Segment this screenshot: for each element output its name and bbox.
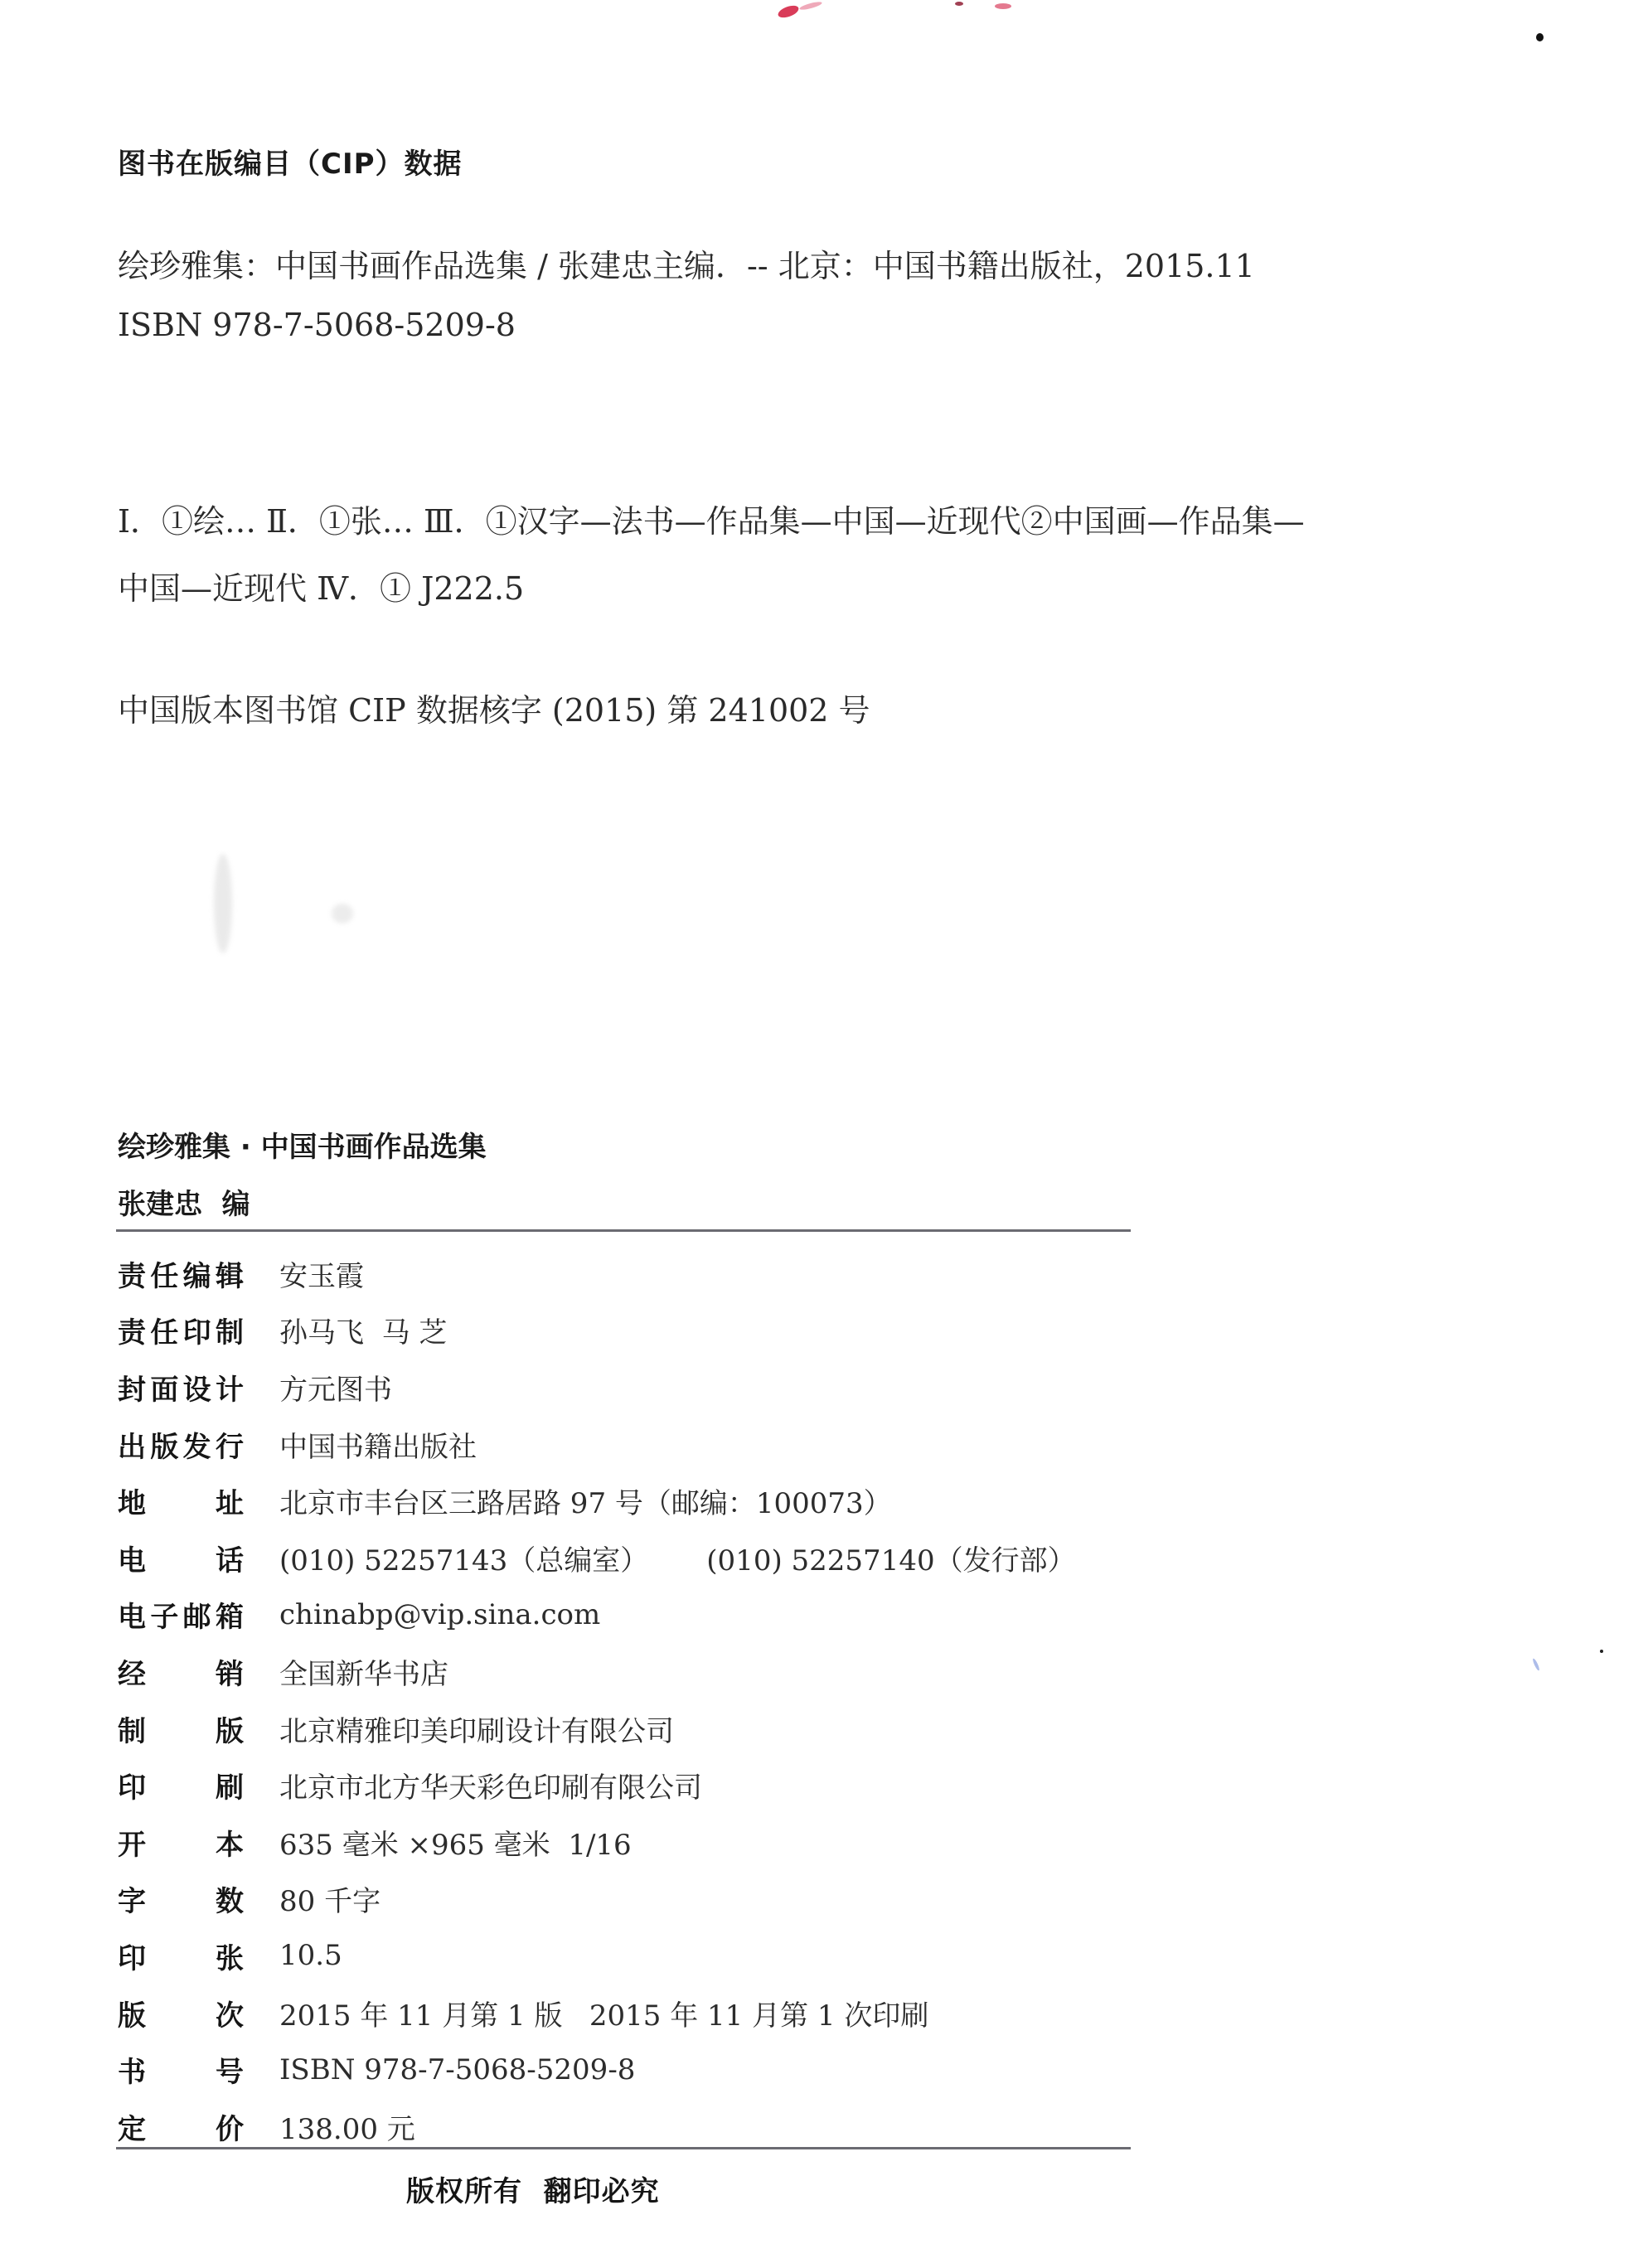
label-char: 发	[183, 1424, 211, 1465]
label-char: 书	[118, 2049, 146, 2090]
colophon-row-word-count: 字数 80 千字	[118, 1871, 1195, 1928]
row-label: 定价	[118, 2106, 244, 2147]
scan-smudge	[332, 904, 353, 923]
colophon-row-distributor: 经销 全国新华书店	[118, 1643, 1195, 1700]
label-char: 行	[216, 1424, 244, 1465]
cip-record-number: 中国版本图书馆 CIP 数据核字 (2015) 第 241002 号	[118, 685, 870, 730]
label-char: 印	[118, 1936, 146, 1976]
row-label: 版次	[118, 1993, 244, 2033]
label-char: 制	[216, 1310, 244, 1350]
red-ink-mark	[955, 2, 963, 6]
red-ink-mark	[777, 3, 801, 20]
row-value: 北京市丰台区三路居路 97 号（邮编：100073）	[279, 1480, 892, 1521]
ink-dot	[1536, 33, 1544, 41]
label-char: 号	[216, 2049, 244, 2090]
label-char: 任	[150, 1253, 178, 1294]
label-char: 址	[216, 1480, 244, 1521]
red-ink-mark	[799, 0, 823, 11]
row-label: 开本	[118, 1822, 244, 1863]
row-value: ISBN 978-7-5068-5209-8	[279, 2053, 635, 2086]
row-value: 2015 年 11 月第 1 版 2015 年 11 月第 1 次印刷	[279, 1993, 928, 2033]
label-char: 设	[183, 1367, 211, 1408]
label-char: 印	[118, 1765, 146, 1805]
row-label: 经销	[118, 1651, 244, 1692]
label-char: 出	[118, 1424, 146, 1465]
label-char: 销	[216, 1651, 244, 1692]
cip-isbn-line: ISBN 978-7-5068-5209-8	[118, 307, 516, 343]
label-char: 封	[118, 1367, 146, 1408]
row-label: 印张	[118, 1936, 244, 1976]
blue-mark	[1532, 1658, 1540, 1671]
label-char: 制	[118, 1708, 146, 1749]
row-value: 孙马飞 马 芝	[279, 1310, 447, 1350]
phone-editorial: (010) 52257143（总编室）	[279, 1544, 648, 1577]
colophon-row-address: 地址 北京市丰台区三路居路 97 号（邮编：100073）	[118, 1472, 1195, 1529]
red-ink-mark	[995, 3, 1011, 9]
row-label: 出版发行	[118, 1424, 244, 1465]
label-char: 定	[118, 2106, 146, 2147]
row-value: 80 千字	[279, 1878, 380, 1919]
cip-heading: 图书在版编目（CIP）数据	[118, 141, 463, 182]
label-char: 价	[216, 2106, 244, 2147]
label-char: 数	[216, 1878, 244, 1919]
colophon-row-printed-sheets: 印张 10.5	[118, 1927, 1195, 1984]
phone-distribution: (010) 52257140（发行部）	[706, 1544, 1075, 1577]
label-char: 字	[118, 1878, 146, 1919]
colophon-row-edition: 版次 2015 年 11 月第 1 版 2015 年 11 月第 1 次印刷	[118, 1984, 1195, 2042]
row-label: 电话	[118, 1538, 244, 1578]
row-label: 责任编辑	[118, 1253, 244, 1294]
row-value: chinabp@vip.sina.com	[279, 1598, 600, 1631]
label-char: 编	[183, 1253, 211, 1294]
row-label: 书号	[118, 2049, 244, 2090]
colophon-row-publisher: 出版发行 中国书籍出版社	[118, 1416, 1195, 1473]
row-label: 电子邮箱	[118, 1594, 244, 1635]
label-char: 电	[118, 1538, 146, 1578]
colophon-row-phone: 电话 (010) 52257143（总编室）(010) 52257140（发行部…	[118, 1529, 1195, 1587]
row-value: 全国新华书店	[279, 1651, 448, 1692]
colophon-row-print-supervisor: 责任印制 孙马飞 马 芝	[118, 1302, 1195, 1359]
colophon-row-plate-making: 制版 北京精雅印美印刷设计有限公司	[118, 1700, 1195, 1757]
label-char: 次	[216, 1993, 244, 2033]
label-char: 开	[118, 1822, 146, 1863]
label-char: 电	[118, 1594, 146, 1635]
label-char: 印	[183, 1310, 211, 1350]
divider-bottom	[116, 2147, 1131, 2149]
cip-subject-line-2: 中国—近现代 Ⅳ．① J222.5	[118, 563, 524, 608]
label-char: 面	[150, 1367, 178, 1408]
row-value: 方元图书	[279, 1367, 392, 1408]
colophon-title: 绘珍雅集 · 中国书画作品选集	[118, 1124, 487, 1165]
row-value: 635 毫米 ×965 毫米 1/16	[279, 1822, 632, 1863]
ink-dot	[1600, 1650, 1603, 1653]
row-label: 责任印制	[118, 1310, 244, 1350]
label-char: 邮	[183, 1594, 211, 1635]
row-value: 中国书籍出版社	[279, 1424, 477, 1465]
label-char: 版	[150, 1424, 178, 1465]
label-char: 辑	[216, 1253, 244, 1294]
colophon-table: 责任编辑 安玉霞 责任印制 孙马飞 马 芝 封面设计 方元图书 出版发行 中国书…	[118, 1245, 1195, 2155]
colophon-row-format: 开本 635 毫米 ×965 毫米 1/16	[118, 1814, 1195, 1871]
label-char: 责	[118, 1310, 146, 1350]
label-char: 子	[150, 1594, 178, 1635]
label-char: 地	[118, 1480, 146, 1521]
row-value: 10.5	[279, 1939, 342, 1972]
row-label: 地址	[118, 1480, 244, 1521]
label-char: 刷	[216, 1765, 244, 1805]
row-value: 安玉霞	[279, 1253, 364, 1294]
row-value: 北京精雅印美印刷设计有限公司	[279, 1708, 674, 1749]
label-char: 经	[118, 1651, 146, 1692]
row-value: 北京市北方华天彩色印刷有限公司	[279, 1765, 702, 1805]
row-value: (010) 52257143（总编室）(010) 52257140（发行部）	[279, 1538, 1076, 1578]
label-char: 版	[118, 1993, 146, 2033]
row-label: 制版	[118, 1708, 244, 1749]
label-char: 版	[216, 1708, 244, 1749]
label-char: 本	[216, 1822, 244, 1863]
copyright-notice: 版权所有 翻印必究	[406, 2169, 660, 2209]
label-char: 任	[150, 1310, 178, 1350]
colophon-row-printing: 印刷 北京市北方华天彩色印刷有限公司	[118, 1757, 1195, 1814]
divider-top	[116, 1229, 1131, 1232]
label-char: 张	[216, 1936, 244, 1976]
row-label: 字数	[118, 1878, 244, 1919]
colophon-editor: 张建忠 编	[118, 1181, 250, 1222]
cip-bibliographic-line: 绘珍雅集：中国书画作品选集 / 张建忠主编．-- 北京：中国书籍出版社，2015…	[118, 240, 1255, 286]
colophon-row-cover-design: 封面设计 方元图书	[118, 1359, 1195, 1416]
colophon-row-responsible-editor: 责任编辑 安玉霞	[118, 1245, 1195, 1302]
label-char: 话	[216, 1538, 244, 1578]
label-char: 计	[216, 1367, 244, 1408]
colophon-row-isbn: 书号 ISBN 978-7-5068-5209-8	[118, 2041, 1195, 2098]
row-value: 138.00 元	[279, 2106, 415, 2147]
scan-smudge	[214, 854, 232, 953]
row-label: 封面设计	[118, 1367, 244, 1408]
label-char: 责	[118, 1253, 146, 1294]
row-label: 印刷	[118, 1765, 244, 1805]
colophon-row-email: 电子邮箱 chinabp@vip.sina.com	[118, 1587, 1195, 1644]
label-char: 箱	[216, 1594, 244, 1635]
cip-subject-line-1: Ⅰ．①绘… Ⅱ．①张… Ⅲ．①汉字—法书—作品集—中国—近现代②中国画—作品集—	[118, 496, 1305, 541]
